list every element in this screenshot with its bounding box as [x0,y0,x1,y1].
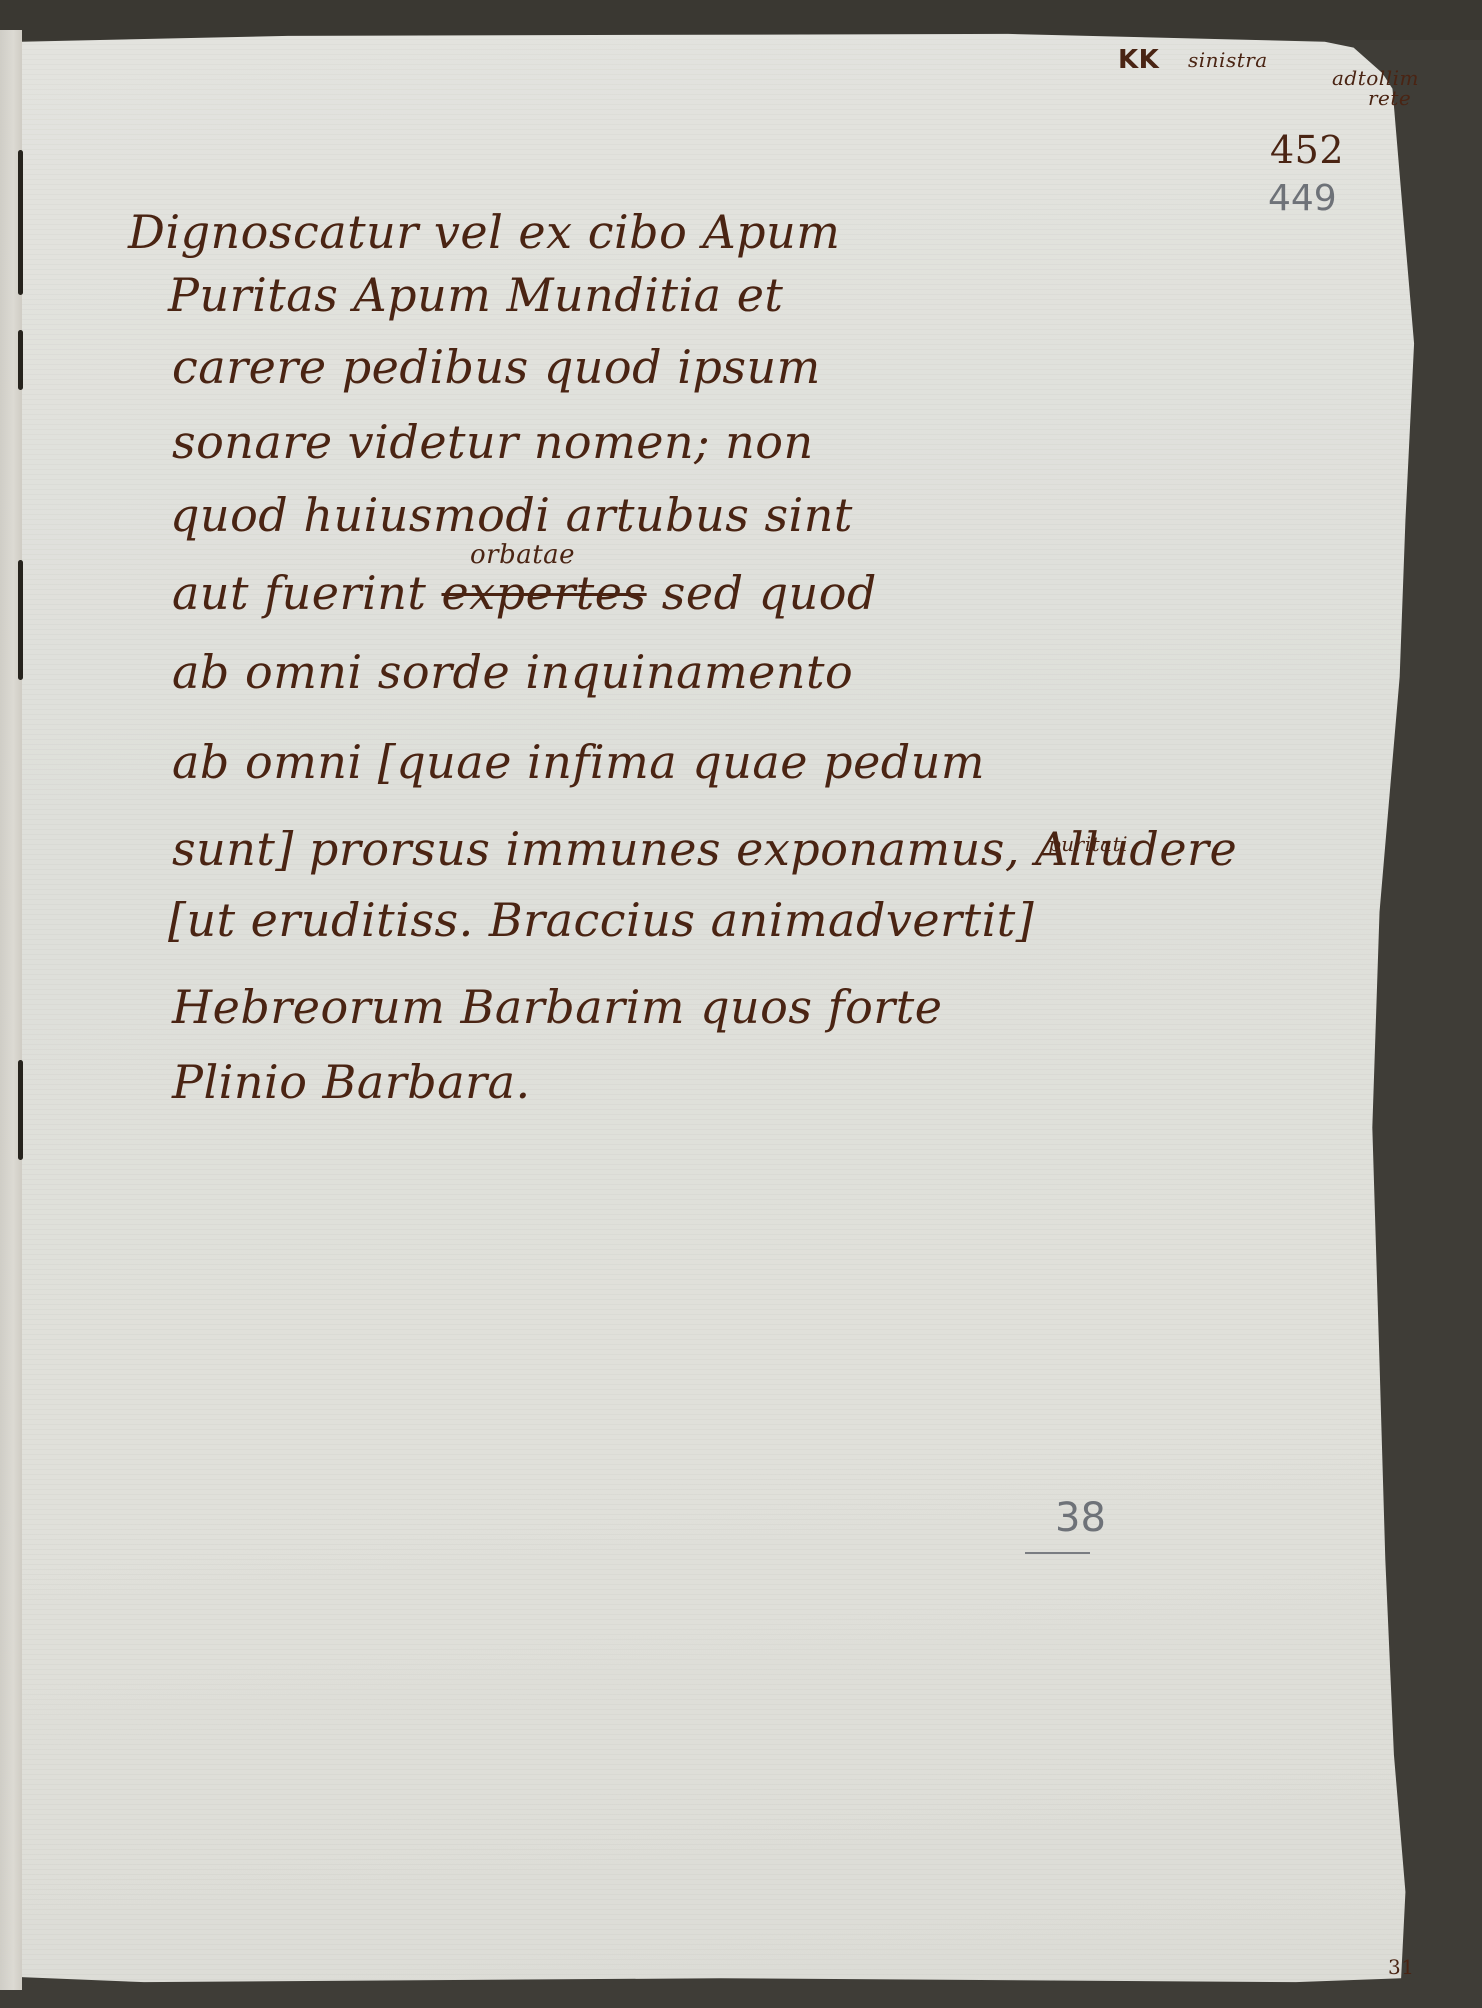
text-line: ab omni [quae infima quae pedum [172,735,985,789]
line-6-before: aut fuerint [172,566,426,620]
header-note: sinistra [1188,48,1268,72]
pencil-underline [1025,1552,1090,1554]
corner-number: 31 [1388,1955,1414,1979]
gutter-tear [18,195,23,295]
text-line: [ut eruditiss. Braccius animadvertit] [168,893,1034,947]
margin-note: puritati [1048,832,1128,856]
struck-word: expertes [441,566,646,620]
text-line: Dignoscatur vel ex cibo Apum [128,205,840,259]
text-line: quod huiusmodi artubus sint [170,488,853,542]
text-line: Puritas Apum Munditia et [168,268,783,322]
gutter-tear [18,330,23,390]
line-6-after: sed quod [662,566,877,620]
binding-gutter [0,30,22,1990]
background-top [0,0,1482,40]
shelfmark: KK [1118,45,1159,75]
text-line: Plinio Barbara. [172,1055,531,1109]
header-note: rete [1368,86,1411,110]
text-line: ab omni sorde inquinamento [172,645,853,699]
gutter-tear [18,1060,23,1160]
pencil-number: 38 [1055,1495,1106,1541]
text-line: Hebreorum Barbarim quos forte [172,980,943,1034]
gutter-tear [18,560,23,680]
text-line: carere pedibus quod ipsum [172,340,821,394]
text-line: sonare videtur nomen; non [172,415,814,469]
folio-number-pencil: 449 [1268,178,1337,219]
text-line-6: aut fuerint expertes sed quod [172,566,877,620]
folio-number-ink: 452 [1270,128,1344,172]
